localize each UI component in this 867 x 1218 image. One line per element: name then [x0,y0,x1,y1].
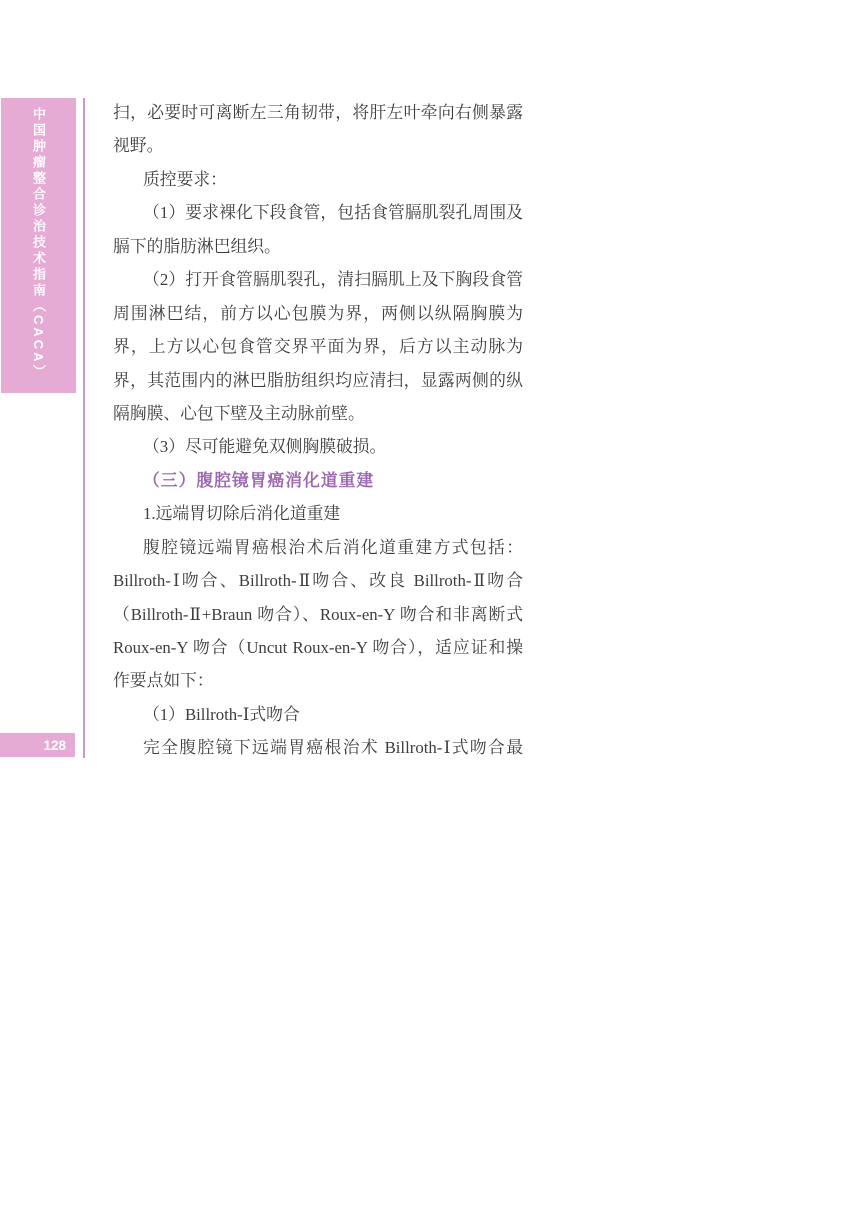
section-heading: （三）腹腔镜胃癌消化道重建 [113,464,523,497]
text-line: Roux-en-Y 吻合（Uncut Roux-en-Y 吻合），适应证和操 [113,631,523,664]
document-page: 中国肿瘤整合诊治技术指南（CACA） 128 扫，必要时可离断左三角韧带，将肝左… [0,0,867,1218]
text-line: （1）Billroth-Ⅰ式吻合 [113,698,523,731]
book-spine-banner: 中国肿瘤整合诊治技术指南（CACA） [1,98,76,393]
text-line: 视野。 [113,129,523,162]
text-line: （1）要求裸化下段食管，包括食管膈肌裂孔周围及 [113,196,523,229]
page-number: 128 [43,738,66,753]
text-line: 1.远端胃切除后消化道重建 [113,497,523,530]
text-line: 界，其范围内的淋巴脂肪组织均应清扫，显露两侧的纵 [113,364,523,397]
text-line: （2）打开食管膈肌裂孔，清扫膈肌上及下胸段食管 [113,263,523,296]
text-line: 界，上方以心包食管交界平面为界，后方以主动脉为 [113,330,523,363]
text-line: 隔胸膜、心包下壁及主动脉前壁。 [113,397,523,430]
text-line: （3）尽可能避免双侧胸膜破损。 [113,430,523,463]
text-line: 质控要求： [113,163,523,196]
body-text: 扫，必要时可离断左三角韧带，将肝左叶牵向右侧暴露视野。质控要求：（1）要求裸化下… [113,96,523,765]
text-line: 作要点如下： [113,664,523,697]
text-line: 膈下的脂肪淋巴组织。 [113,230,523,263]
text-line: （Billroth-Ⅱ+Braun 吻合）、Roux-en-Y 吻合和非离断式 [113,598,523,631]
text-line: 腹腔镜远端胃癌根治术后消化道重建方式包括： [113,531,523,564]
page-number-badge: 128 [0,733,75,757]
book-title-vertical: 中国肿瘤整合诊治技术指南（CACA） [32,107,45,381]
text-line: Billroth-Ⅰ吻合、Billroth-Ⅱ吻合、改良 Billroth-Ⅱ吻… [113,564,523,597]
text-line: 扫，必要时可离断左三角韧带，将肝左叶牵向右侧暴露 [113,96,523,129]
margin-rule [83,98,85,758]
text-line: 完全腹腔镜下远端胃癌根治术 Billroth-Ⅰ式吻合最 [113,731,523,764]
text-line: 周围淋巴结，前方以心包膜为界，两侧以纵隔胸膜为 [113,297,523,330]
